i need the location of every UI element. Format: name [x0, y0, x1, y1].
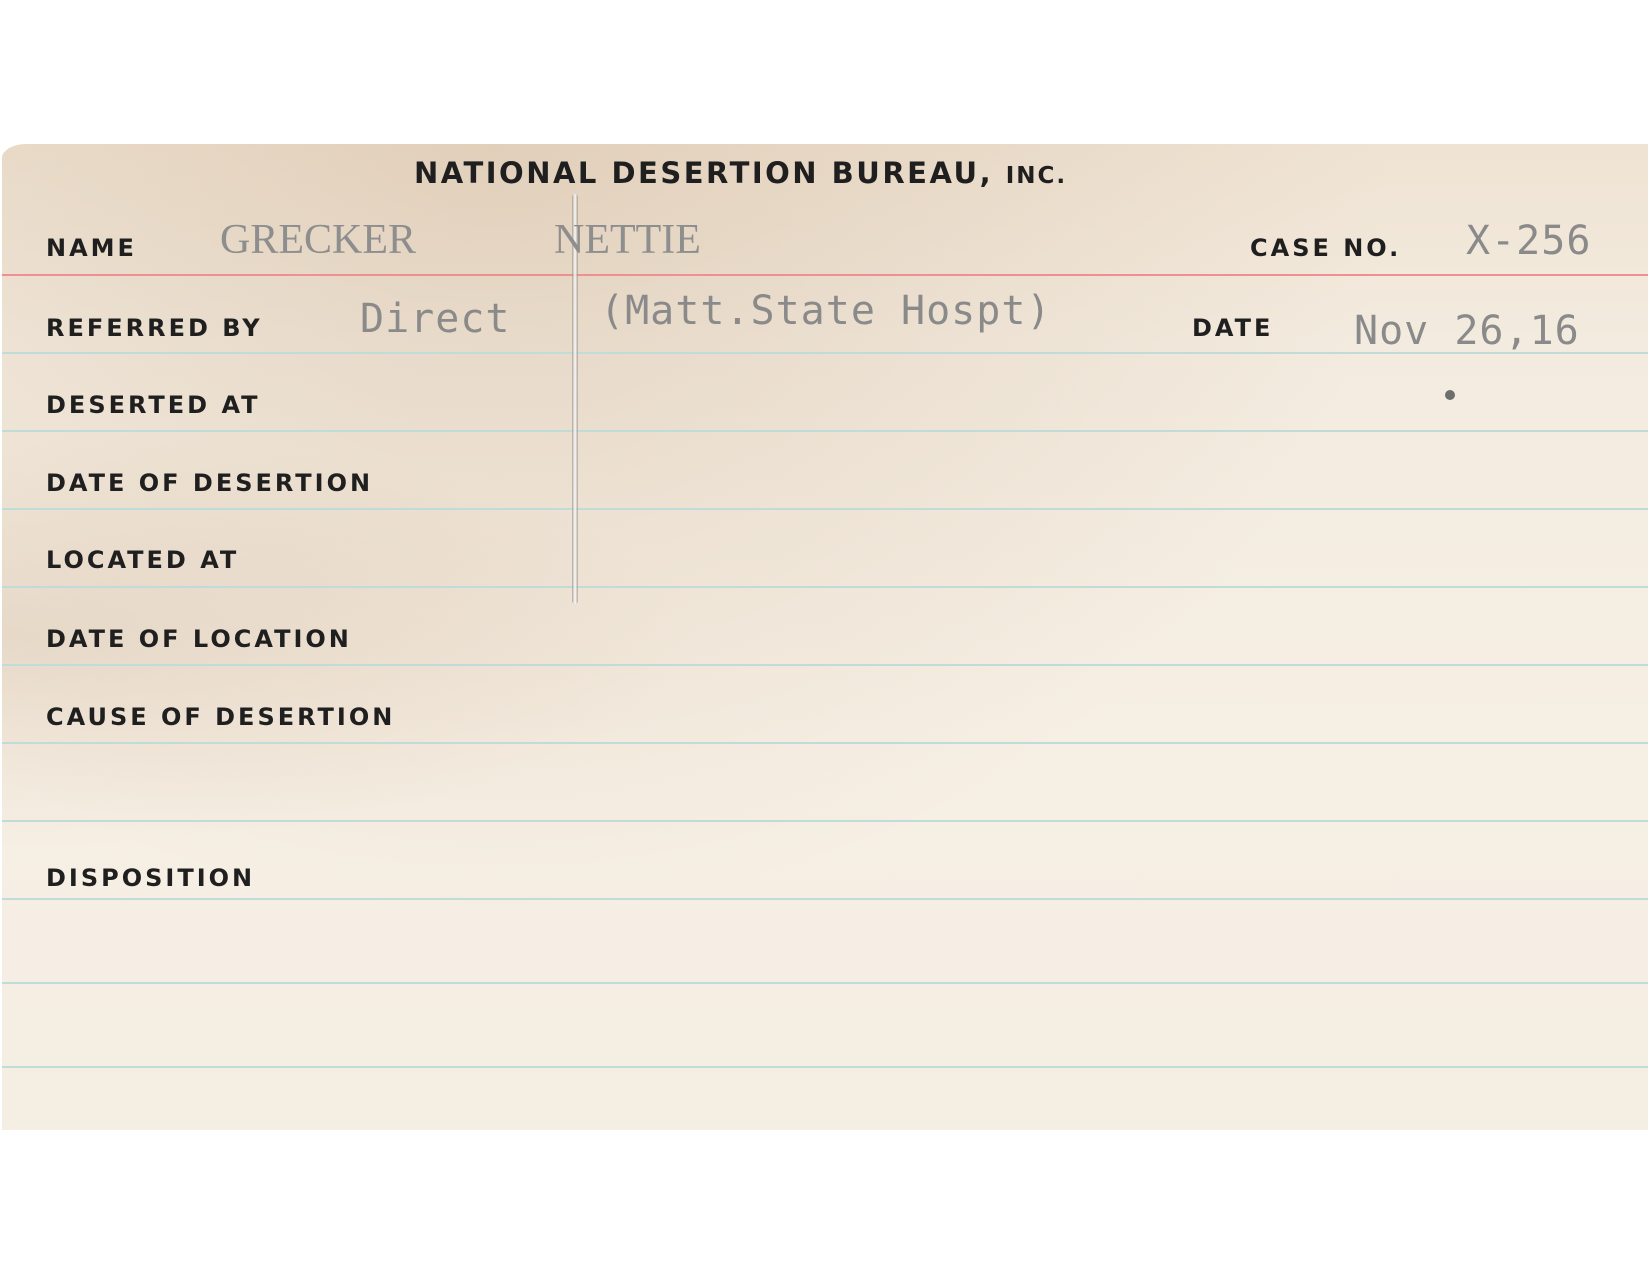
- title-main: NATIONAL DESERTION BUREAU,: [414, 156, 993, 190]
- ruled-line: [2, 898, 1648, 900]
- ruled-line: [2, 1066, 1648, 1068]
- date-label: DATE: [1192, 314, 1273, 342]
- date-of-desertion-label: DATE OF DESERTION: [46, 469, 373, 497]
- header-rule-red: [2, 274, 1648, 276]
- ruled-line: [2, 820, 1648, 822]
- ruled-line: [2, 664, 1648, 666]
- given-name-value: NETTIE: [554, 216, 701, 264]
- ruled-line: [2, 982, 1648, 984]
- ruled-line: [2, 430, 1648, 432]
- title-suffix: INC.: [1006, 163, 1067, 189]
- date-value: Nov 26,16: [1354, 308, 1580, 354]
- case-no-label: CASE NO.: [1250, 234, 1401, 262]
- referred-by-value: Direct: [360, 296, 511, 342]
- case-no-value: X-256: [1466, 218, 1591, 264]
- referred-by-label: REFERRED BY: [46, 314, 263, 342]
- disposition-label: DISPOSITION: [46, 864, 255, 892]
- ruled-line: [2, 586, 1648, 588]
- card-title: NATIONAL DESERTION BUREAU, INC.: [414, 156, 1067, 190]
- located-at-label: LOCATED AT: [46, 546, 239, 574]
- ruled-line: [2, 508, 1648, 510]
- date-of-location-label: DATE OF LOCATION: [46, 625, 352, 653]
- deserted-at-label: DESERTED AT: [46, 391, 261, 419]
- referred-by-note: (Matt.State Hospt): [600, 288, 1051, 334]
- ink-dot: [1445, 390, 1455, 400]
- cause-of-desertion-label: CAUSE OF DESERTION: [46, 703, 395, 731]
- name-label: NAME: [46, 234, 137, 262]
- desertion-record-card: NATIONAL DESERTION BUREAU, INC. NAME GRE…: [2, 144, 1648, 1130]
- surname-value: GRECKER: [220, 216, 416, 264]
- ruled-line: [2, 742, 1648, 744]
